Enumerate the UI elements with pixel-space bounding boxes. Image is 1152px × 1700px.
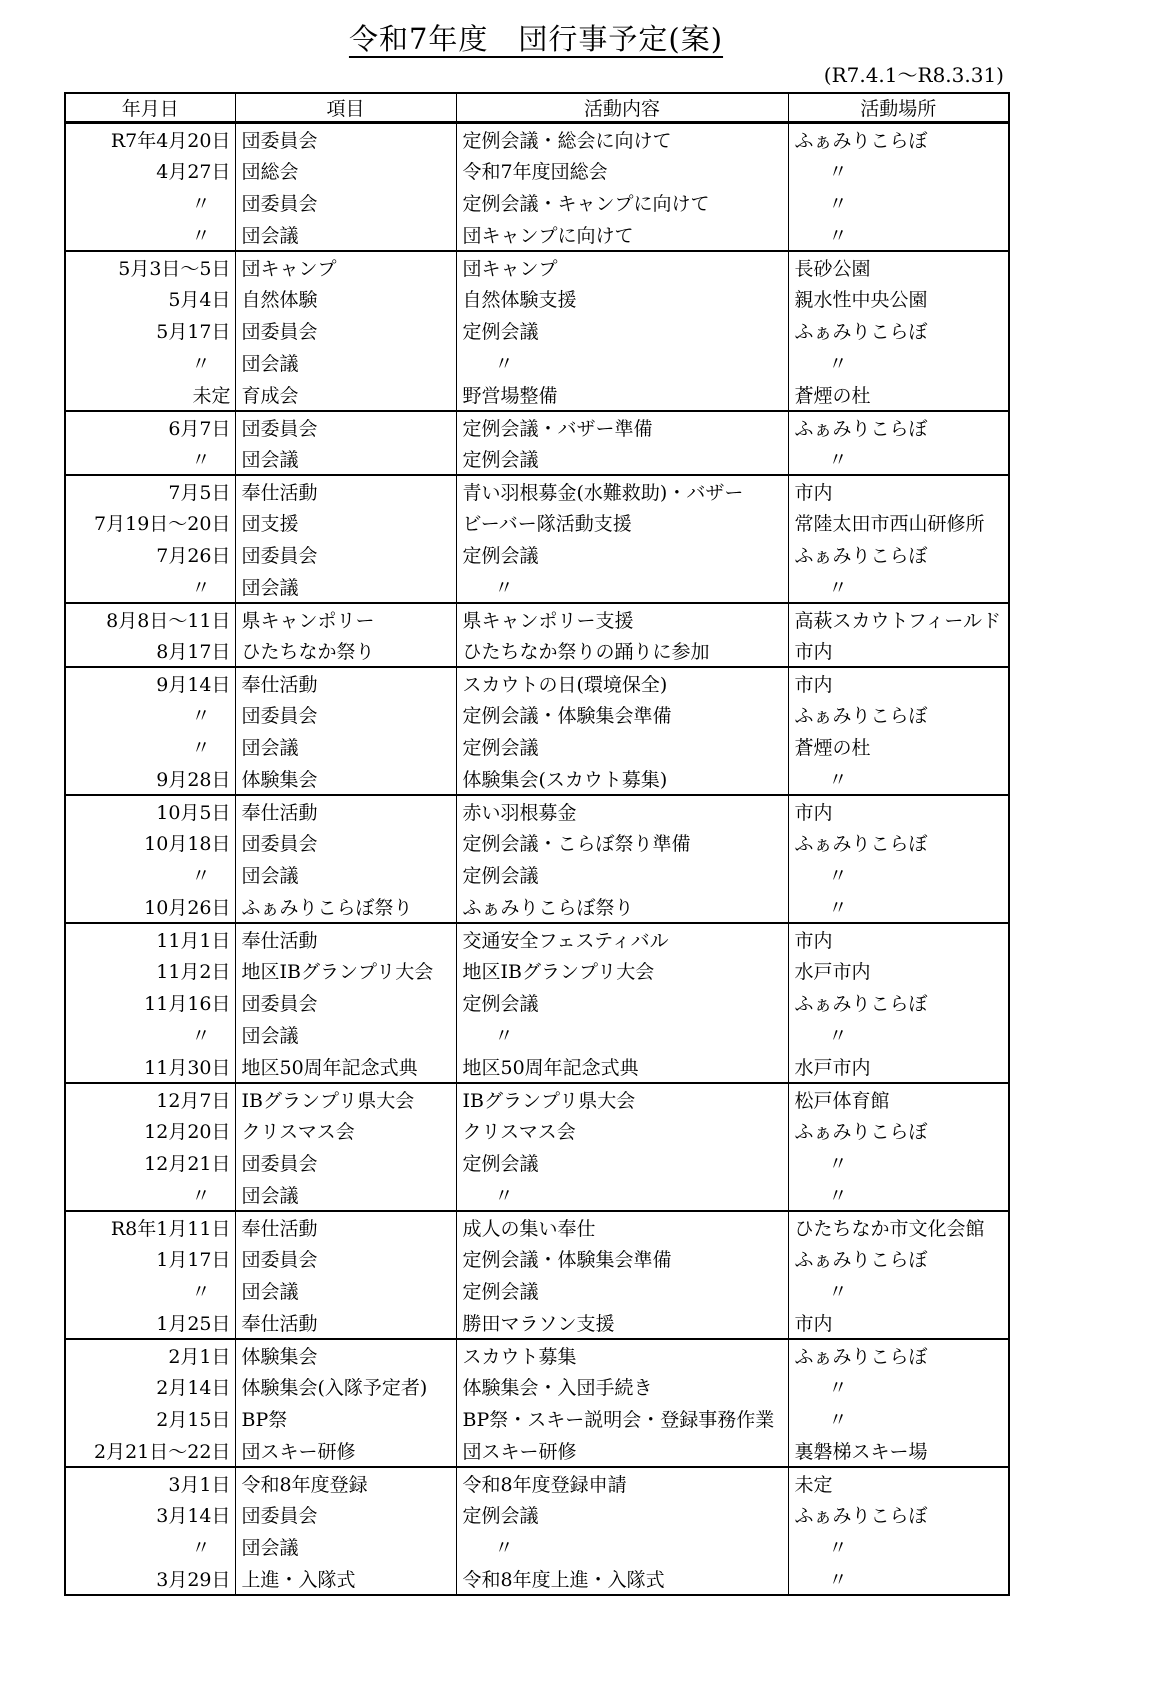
cell-date: 5月4日 [65, 283, 235, 315]
cell-location: 市内 [788, 635, 1009, 667]
cell-location: 市内 [788, 475, 1009, 507]
cell-location: 〃 [788, 1403, 1009, 1435]
cell-item: 団会議 [235, 1019, 456, 1051]
cell-item: 団委員会 [235, 987, 456, 1019]
cell-date: 〃 [65, 571, 235, 603]
header-location: 活動場所 [788, 93, 1009, 123]
cell-date: 〃 [65, 187, 235, 219]
table-row: 10月26日ふぁみりこらぼ祭りふぁみりこらぼ祭り〃 [65, 891, 1009, 923]
cell-activity: 県キャンポリー支援 [456, 603, 788, 635]
table-row: 〃団会議定例会議蒼煙の杜 [65, 731, 1009, 763]
cell-location: ふぁみりこらぼ [788, 1499, 1009, 1531]
cell-item: 団委員会 [235, 1243, 456, 1275]
cell-item: 自然体験 [235, 283, 456, 315]
table-row: 〃団会議〃〃 [65, 571, 1009, 603]
cell-date: 2月14日 [65, 1371, 235, 1403]
table-row: 〃団会議団キャンプに向けて〃 [65, 219, 1009, 251]
table-row: 5月4日自然体験自然体験支援親水性中央公園 [65, 283, 1009, 315]
cell-item: 団委員会 [235, 1147, 456, 1179]
table-header: 年月日 項目 活動内容 活動場所 [65, 93, 1009, 123]
cell-item: 地区50周年記念式典 [235, 1051, 456, 1083]
header-row: 年月日 項目 活動内容 活動場所 [65, 93, 1009, 123]
cell-location: ふぁみりこらぼ [788, 699, 1009, 731]
cell-date: 8月8日～11日 [65, 603, 235, 635]
cell-item: 団キャンプ [235, 251, 456, 283]
cell-location: 〃 [788, 1371, 1009, 1403]
cell-item: 令和8年度登録 [235, 1467, 456, 1499]
cell-activity: 青い羽根募金(水難救助)・バザー [456, 475, 788, 507]
cell-item: 団会議 [235, 1531, 456, 1563]
cell-date: 未定 [65, 379, 235, 411]
cell-location: ふぁみりこらぼ [788, 987, 1009, 1019]
table-row: 〃団会議〃〃 [65, 1179, 1009, 1211]
cell-location: 水戸市内 [788, 955, 1009, 987]
cell-item: 団委員会 [235, 187, 456, 219]
cell-activity: IBグランプリ県大会 [456, 1083, 788, 1115]
cell-item: 奉仕活動 [235, 923, 456, 955]
cell-date: 5月17日 [65, 315, 235, 347]
cell-date: 8月17日 [65, 635, 235, 667]
cell-location: 〃 [788, 155, 1009, 187]
cell-location: 〃 [788, 1147, 1009, 1179]
cell-date: 11月2日 [65, 955, 235, 987]
table-row: 〃団委員会定例会議・キャンプに向けて〃 [65, 187, 1009, 219]
table-row: 〃団会議〃〃 [65, 347, 1009, 379]
table-row: 8月17日ひたちなか祭りひたちなか祭りの踊りに参加市内 [65, 635, 1009, 667]
cell-activity: 定例会議 [456, 539, 788, 571]
cell-date: 〃 [65, 731, 235, 763]
cell-date: 〃 [65, 347, 235, 379]
cell-location: ふぁみりこらぼ [788, 1339, 1009, 1371]
cell-activity: 団キャンプに向けて [456, 219, 788, 251]
cell-activity: スカウトの日(環境保全) [456, 667, 788, 699]
cell-item: 体験集会(入隊予定者) [235, 1371, 456, 1403]
cell-activity: 定例会議 [456, 731, 788, 763]
cell-activity: 定例会議 [456, 987, 788, 1019]
cell-activity: 定例会議 [456, 1499, 788, 1531]
cell-item: 団委員会 [235, 539, 456, 571]
table-row: R7年4月20日団委員会定例会議・総会に向けてふぁみりこらぼ [65, 123, 1009, 155]
cell-location: ふぁみりこらぼ [788, 1243, 1009, 1275]
cell-item: 団委員会 [235, 123, 456, 155]
cell-date: 〃 [65, 859, 235, 891]
cell-location: 市内 [788, 795, 1009, 827]
cell-date: 11月16日 [65, 987, 235, 1019]
table-row: 3月29日上進・入隊式令和8年度上進・入隊式〃 [65, 1563, 1009, 1595]
cell-location: 〃 [788, 347, 1009, 379]
cell-date: 6月7日 [65, 411, 235, 443]
header-item: 項目 [235, 93, 456, 123]
cell-item: 団会議 [235, 571, 456, 603]
cell-item: 上進・入隊式 [235, 1563, 456, 1595]
table-row: 7月19日～20日団支援ビーバー隊活動支援常陸太田市西山研修所 [65, 507, 1009, 539]
cell-activity: 定例会議 [456, 1147, 788, 1179]
month-group-march: 3月1日令和8年度登録令和8年度登録申請未定3月14日団委員会定例会議ふぁみりこ… [65, 1467, 1009, 1595]
cell-date: 2月15日 [65, 1403, 235, 1435]
header-date: 年月日 [65, 93, 235, 123]
cell-date: 10月5日 [65, 795, 235, 827]
cell-activity: 〃 [456, 1531, 788, 1563]
cell-item: 団会議 [235, 1275, 456, 1307]
cell-item: IBグランプリ県大会 [235, 1083, 456, 1115]
cell-date: 5月3日～5日 [65, 251, 235, 283]
table-row: 5月17日団委員会定例会議ふぁみりこらぼ [65, 315, 1009, 347]
cell-location: 〃 [788, 1275, 1009, 1307]
cell-activity: 赤い羽根募金 [456, 795, 788, 827]
cell-date: 10月26日 [65, 891, 235, 923]
cell-location: 〃 [788, 219, 1009, 251]
cell-activity: 定例会議・体験集会準備 [456, 1243, 788, 1275]
cell-item: 奉仕活動 [235, 475, 456, 507]
table-row: 11月2日地区IBグランプリ大会地区IBグランプリ大会水戸市内 [65, 955, 1009, 987]
cell-date: 2月21日～22日 [65, 1435, 235, 1467]
cell-activity: 団スキー研修 [456, 1435, 788, 1467]
table-row: 11月30日地区50周年記念式典地区50周年記念式典水戸市内 [65, 1051, 1009, 1083]
table-row: 8月8日～11日県キャンポリー県キャンポリー支援高萩スカウトフィールド [65, 603, 1009, 635]
cell-location: 市内 [788, 923, 1009, 955]
cell-activity: 団キャンプ [456, 251, 788, 283]
cell-item: 地区IBグランプリ大会 [235, 955, 456, 987]
cell-item: 団会議 [235, 1179, 456, 1211]
cell-activity: 定例会議 [456, 315, 788, 347]
cell-item: 団支援 [235, 507, 456, 539]
month-group-november: 11月1日奉仕活動交通安全フェスティバル市内11月2日地区IBグランプリ大会地区… [65, 923, 1009, 1083]
cell-item: 団委員会 [235, 827, 456, 859]
cell-item: 奉仕活動 [235, 1211, 456, 1243]
cell-date: R7年4月20日 [65, 123, 235, 155]
cell-location: ふぁみりこらぼ [788, 539, 1009, 571]
month-group-september: 9月14日奉仕活動スカウトの日(環境保全)市内〃団委員会定例会議・体験集会準備ふ… [65, 667, 1009, 795]
table-row: 3月14日団委員会定例会議ふぁみりこらぼ [65, 1499, 1009, 1531]
cell-item: 団スキー研修 [235, 1435, 456, 1467]
month-group-february: 2月1日体験集会スカウト募集ふぁみりこらぼ2月14日体験集会(入隊予定者)体験集… [65, 1339, 1009, 1467]
cell-item: 団委員会 [235, 411, 456, 443]
cell-location: 〃 [788, 763, 1009, 795]
cell-activity: BP祭・スキー説明会・登録事務作業 [456, 1403, 788, 1435]
cell-item: 団会議 [235, 443, 456, 475]
cell-item: 県キャンポリー [235, 603, 456, 635]
cell-date: 7月26日 [65, 539, 235, 571]
cell-activity: 〃 [456, 571, 788, 603]
cell-activity: 野営場整備 [456, 379, 788, 411]
document-page: 令和7年度 団行事予定(案) (R7.4.1～R8.3.31) 年月日 項目 活… [0, 0, 1152, 1700]
table-row: 〃団会議〃〃 [65, 1019, 1009, 1051]
cell-location: 〃 [788, 1563, 1009, 1595]
cell-location: 水戸市内 [788, 1051, 1009, 1083]
cell-item: 団委員会 [235, 1499, 456, 1531]
cell-date: 11月30日 [65, 1051, 235, 1083]
table-row: 未定育成会野営場整備蒼煙の杜 [65, 379, 1009, 411]
cell-item: 体験集会 [235, 763, 456, 795]
table-row: 1月25日奉仕活動勝田マラソン支援市内 [65, 1307, 1009, 1339]
cell-location: 〃 [788, 571, 1009, 603]
month-group-december: 12月7日IBグランプリ県大会IBグランプリ県大会松戸体育館12月20日クリスマ… [65, 1083, 1009, 1211]
cell-date: 12月7日 [65, 1083, 235, 1115]
table-row: 1月17日団委員会定例会議・体験集会準備ふぁみりこらぼ [65, 1243, 1009, 1275]
month-group-january: R8年1月11日奉仕活動成人の集い奉仕ひたちなか市文化会館1月17日団委員会定例… [65, 1211, 1009, 1339]
cell-date: 7月19日～20日 [65, 507, 235, 539]
cell-location: 〃 [788, 1179, 1009, 1211]
cell-item: 団委員会 [235, 315, 456, 347]
cell-location: ふぁみりこらぼ [788, 315, 1009, 347]
cell-item: 奉仕活動 [235, 667, 456, 699]
page-title: 令和7年度 団行事予定(案) [64, 20, 1008, 58]
table-row: 〃団会議定例会議〃 [65, 443, 1009, 475]
table-row: 12月20日クリスマス会クリスマス会ふぁみりこらぼ [65, 1115, 1009, 1147]
cell-date: 3月29日 [65, 1563, 235, 1595]
cell-location: 未定 [788, 1467, 1009, 1499]
table-row: 6月7日団委員会定例会議・バザー準備ふぁみりこらぼ [65, 411, 1009, 443]
cell-activity: 定例会議・バザー準備 [456, 411, 788, 443]
cell-activity: 自然体験支援 [456, 283, 788, 315]
cell-activity: 体験集会(スカウト募集) [456, 763, 788, 795]
table-row: 〃団会議定例会議〃 [65, 859, 1009, 891]
cell-location: 市内 [788, 1307, 1009, 1339]
cell-date: 7月5日 [65, 475, 235, 507]
month-group-october: 10月5日奉仕活動赤い羽根募金市内10月18日団委員会定例会議・こらぼ祭り準備ふ… [65, 795, 1009, 923]
header-activity: 活動内容 [456, 93, 788, 123]
cell-activity: ひたちなか祭りの踊りに参加 [456, 635, 788, 667]
schedule-table: 年月日 項目 活動内容 活動場所 R7年4月20日団委員会定例会議・総会に向けて… [64, 92, 1010, 1596]
cell-location: 裏磐梯スキー場 [788, 1435, 1009, 1467]
cell-activity: 令和8年度上進・入隊式 [456, 1563, 788, 1595]
cell-activity: 令和8年度登録申請 [456, 1467, 788, 1499]
cell-item: BP祭 [235, 1403, 456, 1435]
month-group-may: 5月3日～5日団キャンプ団キャンプ長砂公園5月4日自然体験自然体験支援親水性中央… [65, 251, 1009, 411]
cell-item: 奉仕活動 [235, 795, 456, 827]
cell-date: 12月21日 [65, 1147, 235, 1179]
cell-location: 〃 [788, 187, 1009, 219]
table-row: R8年1月11日奉仕活動成人の集い奉仕ひたちなか市文化会館 [65, 1211, 1009, 1243]
cell-activity: 定例会議 [456, 1275, 788, 1307]
cell-date: 11月1日 [65, 923, 235, 955]
month-group-april: R7年4月20日団委員会定例会議・総会に向けてふぁみりこらぼ4月27日団総会令和… [65, 123, 1009, 251]
cell-activity: 勝田マラソン支援 [456, 1307, 788, 1339]
table-row: 〃団会議〃〃 [65, 1531, 1009, 1563]
cell-activity: スカウト募集 [456, 1339, 788, 1371]
cell-activity: 定例会議・体験集会準備 [456, 699, 788, 731]
cell-item: 団委員会 [235, 699, 456, 731]
cell-date: 1月25日 [65, 1307, 235, 1339]
cell-activity: 地区50周年記念式典 [456, 1051, 788, 1083]
table-row: 11月1日奉仕活動交通安全フェスティバル市内 [65, 923, 1009, 955]
cell-location: 〃 [788, 1019, 1009, 1051]
cell-activity: 地区IBグランプリ大会 [456, 955, 788, 987]
month-group-july: 7月5日奉仕活動青い羽根募金(水難救助)・バザー市内7月19日～20日団支援ビー… [65, 475, 1009, 603]
cell-location: 蒼煙の杜 [788, 731, 1009, 763]
cell-activity: 定例会議 [456, 859, 788, 891]
cell-location: 松戸体育館 [788, 1083, 1009, 1115]
cell-date: 〃 [65, 1179, 235, 1211]
cell-location: 高萩スカウトフィールド [788, 603, 1009, 635]
cell-date: 4月27日 [65, 155, 235, 187]
table-row: 2月21日～22日団スキー研修団スキー研修裏磐梯スキー場 [65, 1435, 1009, 1467]
cell-item: クリスマス会 [235, 1115, 456, 1147]
cell-activity: 〃 [456, 347, 788, 379]
cell-location: ふぁみりこらぼ [788, 827, 1009, 859]
cell-item: 育成会 [235, 379, 456, 411]
cell-location: 〃 [788, 859, 1009, 891]
cell-date: R8年1月11日 [65, 1211, 235, 1243]
document-content: 令和7年度 団行事予定(案) (R7.4.1～R8.3.31) 年月日 項目 活… [64, 20, 1008, 1596]
cell-date: 10月18日 [65, 827, 235, 859]
cell-activity: 定例会議・キャンプに向けて [456, 187, 788, 219]
cell-activity: 交通安全フェスティバル [456, 923, 788, 955]
cell-date: 〃 [65, 1019, 235, 1051]
cell-activity: 定例会議・こらぼ祭り準備 [456, 827, 788, 859]
table-row: 12月21日団委員会定例会議〃 [65, 1147, 1009, 1179]
table-row: 10月18日団委員会定例会議・こらぼ祭り準備ふぁみりこらぼ [65, 827, 1009, 859]
cell-item: ふぁみりこらぼ祭り [235, 891, 456, 923]
cell-location: 〃 [788, 891, 1009, 923]
cell-activity: 令和7年度団総会 [456, 155, 788, 187]
cell-location: 市内 [788, 667, 1009, 699]
table-row: 2月1日体験集会スカウト募集ふぁみりこらぼ [65, 1339, 1009, 1371]
month-group-august: 8月8日～11日県キャンポリー県キャンポリー支援高萩スカウトフィールド8月17日… [65, 603, 1009, 667]
cell-date: 3月1日 [65, 1467, 235, 1499]
cell-date: 1月17日 [65, 1243, 235, 1275]
cell-activity: クリスマス会 [456, 1115, 788, 1147]
cell-item: 団会議 [235, 219, 456, 251]
table-row: 5月3日～5日団キャンプ団キャンプ長砂公園 [65, 251, 1009, 283]
cell-item: 体験集会 [235, 1339, 456, 1371]
cell-date: 12月20日 [65, 1115, 235, 1147]
table-row: 10月5日奉仕活動赤い羽根募金市内 [65, 795, 1009, 827]
cell-activity: 定例会議・総会に向けて [456, 123, 788, 155]
cell-location: ふぁみりこらぼ [788, 1115, 1009, 1147]
cell-location: ふぁみりこらぼ [788, 411, 1009, 443]
table-row: 9月14日奉仕活動スカウトの日(環境保全)市内 [65, 667, 1009, 699]
cell-location: 長砂公園 [788, 251, 1009, 283]
table-row: 2月14日体験集会(入隊予定者)体験集会・入団手続き〃 [65, 1371, 1009, 1403]
cell-location: 〃 [788, 1531, 1009, 1563]
cell-location: ひたちなか市文化会館 [788, 1211, 1009, 1243]
cell-date: 〃 [65, 699, 235, 731]
cell-date: 3月14日 [65, 1499, 235, 1531]
table-row: 4月27日団総会令和7年度団総会〃 [65, 155, 1009, 187]
table-row: 3月1日令和8年度登録令和8年度登録申請未定 [65, 1467, 1009, 1499]
cell-activity: 定例会議 [456, 443, 788, 475]
cell-activity: ビーバー隊活動支援 [456, 507, 788, 539]
cell-date: 〃 [65, 1275, 235, 1307]
cell-item: 団総会 [235, 155, 456, 187]
cell-activity: 〃 [456, 1179, 788, 1211]
cell-location: 常陸太田市西山研修所 [788, 507, 1009, 539]
table-row: 12月7日IBグランプリ県大会IBグランプリ県大会松戸体育館 [65, 1083, 1009, 1115]
cell-item: 団会議 [235, 731, 456, 763]
cell-date: 9月14日 [65, 667, 235, 699]
cell-date: 2月1日 [65, 1339, 235, 1371]
cell-location: ふぁみりこらぼ [788, 123, 1009, 155]
table-row: 7月5日奉仕活動青い羽根募金(水難救助)・バザー市内 [65, 475, 1009, 507]
cell-activity: 成人の集い奉仕 [456, 1211, 788, 1243]
cell-date: 9月28日 [65, 763, 235, 795]
cell-item: 奉仕活動 [235, 1307, 456, 1339]
cell-location: 〃 [788, 443, 1009, 475]
cell-date: 〃 [65, 1531, 235, 1563]
table-row: 2月15日BP祭BP祭・スキー説明会・登録事務作業〃 [65, 1403, 1009, 1435]
month-group-june: 6月7日団委員会定例会議・バザー準備ふぁみりこらぼ〃団会議定例会議〃 [65, 411, 1009, 475]
cell-item: 団会議 [235, 347, 456, 379]
table-row: 9月28日体験集会体験集会(スカウト募集)〃 [65, 763, 1009, 795]
cell-item: 団会議 [235, 859, 456, 891]
table-row: 11月16日団委員会定例会議ふぁみりこらぼ [65, 987, 1009, 1019]
cell-item: ひたちなか祭り [235, 635, 456, 667]
cell-activity: ふぁみりこらぼ祭り [456, 891, 788, 923]
table-row: 7月26日団委員会定例会議ふぁみりこらぼ [65, 539, 1009, 571]
cell-location: 親水性中央公園 [788, 283, 1009, 315]
cell-location: 蒼煙の杜 [788, 379, 1009, 411]
table-row: 〃団会議定例会議〃 [65, 1275, 1009, 1307]
cell-date: 〃 [65, 219, 235, 251]
period-label: (R7.4.1～R8.3.31) [64, 62, 1008, 88]
cell-date: 〃 [65, 443, 235, 475]
cell-activity: 体験集会・入団手続き [456, 1371, 788, 1403]
cell-activity: 〃 [456, 1019, 788, 1051]
table-row: 〃団委員会定例会議・体験集会準備ふぁみりこらぼ [65, 699, 1009, 731]
